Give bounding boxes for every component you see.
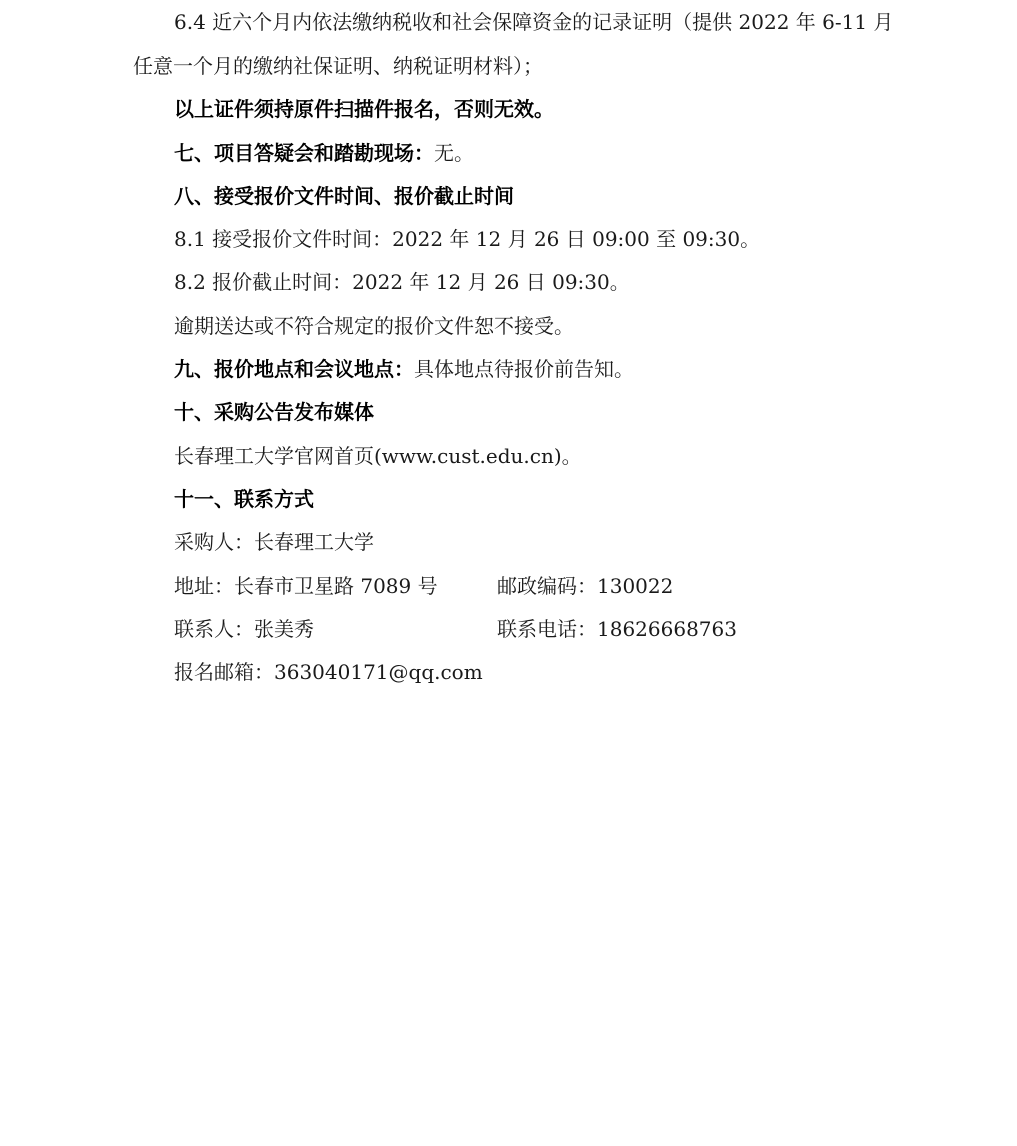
section-11-heading: 十一、联系方式 xyxy=(174,487,314,511)
item-8-2: 8.2 报价截止时间：2022 年 12 月 26 日 09:30。 xyxy=(174,270,630,294)
section-10-heading: 十、采购公告发布媒体 xyxy=(174,400,374,424)
item-6-4-line2: 任意一个月的缴纳社保证明、纳税证明材料）； xyxy=(133,54,543,78)
purchaser: 采购人：长春理工大学 xyxy=(174,530,374,554)
postcode: 邮政编码：130022 xyxy=(497,574,673,598)
late-submission-note: 逾期送达或不符合规定的报价文件恕不接受。 xyxy=(174,314,574,338)
section-8-heading: 八、接受报价文件时间、报价截止时间 xyxy=(174,184,514,208)
item-6-4-line1: 6.4 近六个月内依法缴纳税收和社会保障资金的记录证明（提供 2022 年 6-… xyxy=(174,10,893,34)
section-9-heading: 九、报价地点和会议地点： xyxy=(174,357,414,381)
section-7: 七、项目答疑会和踏勘现场：无。 xyxy=(174,141,474,165)
section-9: 九、报价地点和会议地点：具体地点待报价前告知。 xyxy=(174,357,634,381)
section-7-heading: 七、项目答疑会和踏勘现场： xyxy=(174,141,434,165)
registration-email: 报名邮箱：363040171@qq.com xyxy=(174,660,483,684)
section-7-value: 无。 xyxy=(434,141,474,165)
publication-media: 长春理工大学官网首页(www.cust.edu.cn)。 xyxy=(174,444,582,468)
contact-phone: 联系电话：18626668763 xyxy=(497,617,737,641)
contact-person: 联系人：张美秀 xyxy=(174,617,314,641)
section-9-value: 具体地点待报价前告知。 xyxy=(414,357,634,381)
address: 地址：长春市卫星路 7089 号 xyxy=(174,574,438,598)
item-8-1: 8.1 接受报价文件时间：2022 年 12 月 26 日 09:00 至 09… xyxy=(174,227,760,251)
scan-requirement-note: 以上证件须持原件扫描件报名，否则无效。 xyxy=(174,97,554,121)
